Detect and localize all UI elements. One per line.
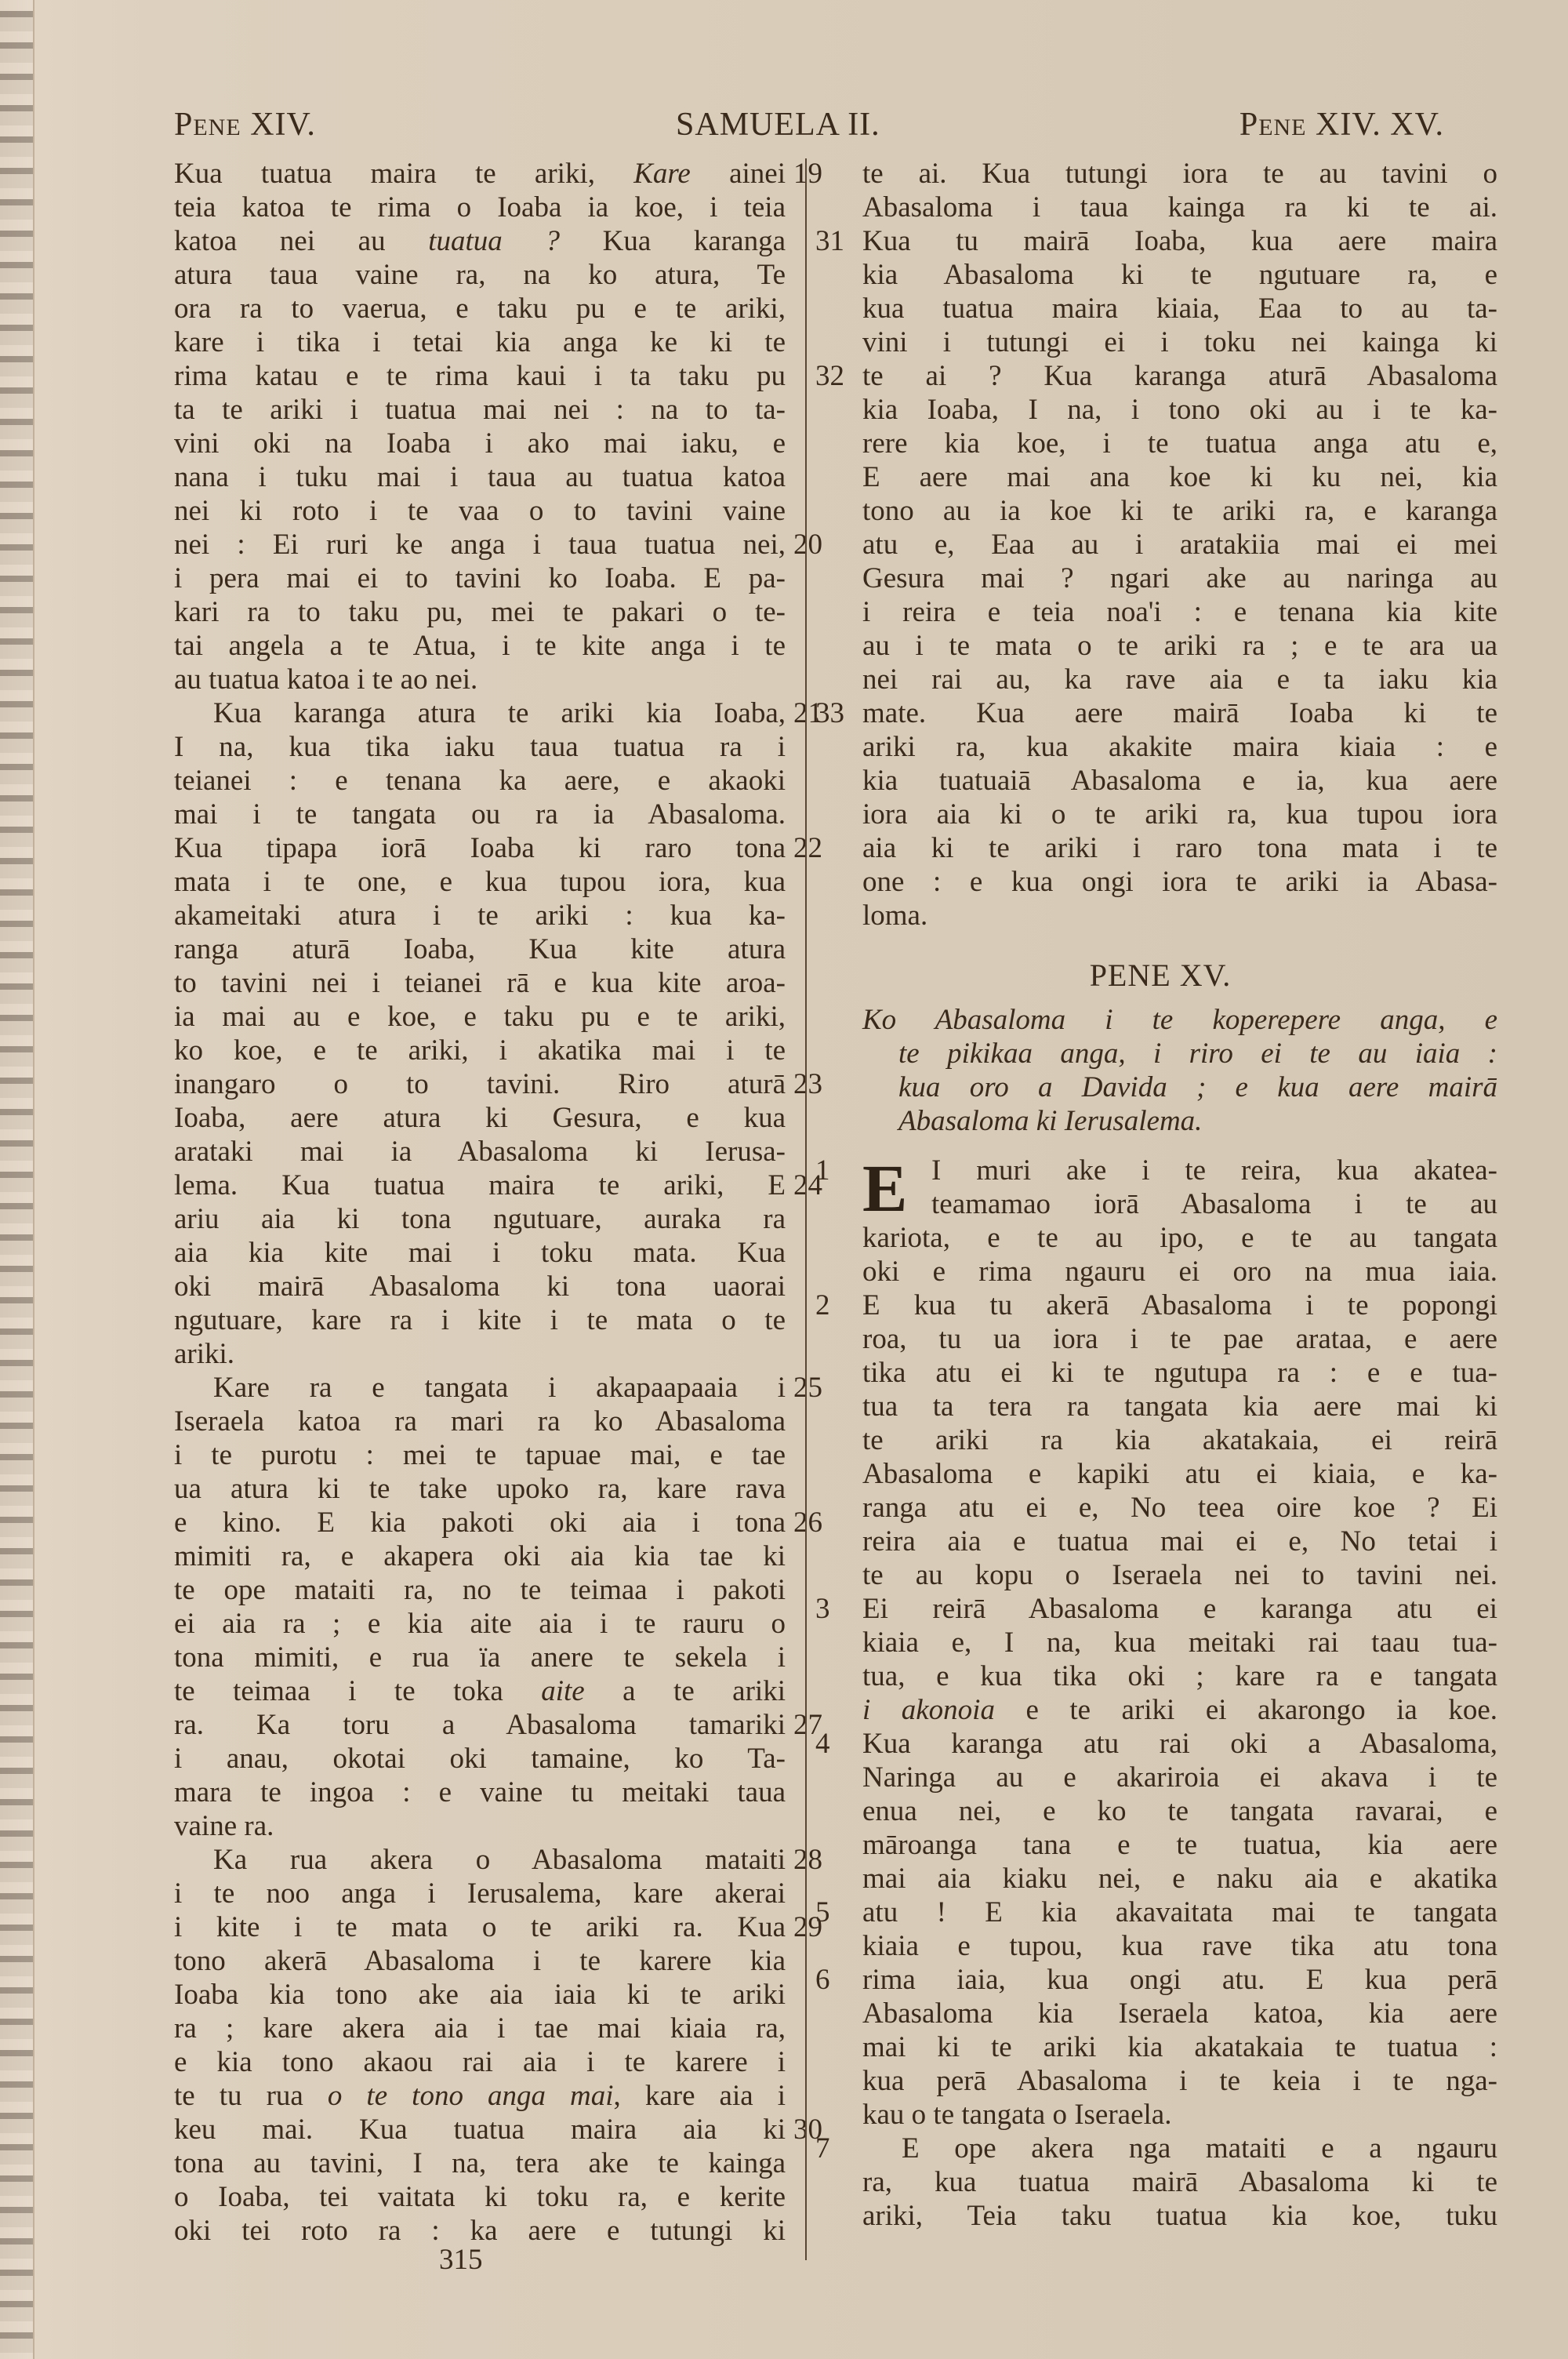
text-line: vini oki na Ioaba i ako mai iaku, e: [174, 427, 786, 460]
text-line: kare i tika i tetai kia anga ke ki te: [174, 325, 786, 359]
line-text: kia Ioaba, I na, i tono oki au i te ka-: [862, 394, 1497, 426]
line-text: keu mai. Kua tuatua maira aia ki: [174, 2114, 786, 2146]
text-line: one : e kua ongi iora te ariki ia Abasa-: [862, 865, 1497, 899]
line-text: kia Abasaloma ki te ngutuare ra, e: [862, 259, 1497, 291]
line-text: kia tuatuaiā Abasaloma e ia, kua aere: [862, 765, 1497, 797]
text-line: roa, tu ua iora i te pae arataa, e aere: [862, 1322, 1497, 1356]
text-line: Gesura mai ? ngari ake au naringa au: [862, 562, 1497, 595]
line-text: vini i tutungi ei i toku nei kainga ki: [862, 326, 1497, 358]
line-text: Ioaba kia tono ake aia iaia ki te ariki: [174, 1979, 786, 2011]
line-text: E ope akera nga mataiti e a ngauru: [902, 2132, 1497, 2165]
text-line: kariota, e te au ipo, e te au tangata: [862, 1221, 1497, 1255]
text-line: tai angela a te Atua, i te kite anga i t…: [174, 629, 786, 663]
line-text: ariu aia ki tona ngutuare, auraka ra: [174, 1203, 786, 1235]
text-line: Ka rua akera o Abasaloma mataiti28: [174, 1843, 786, 1877]
line-text: I na, kua tika iaku taua tuatua ra i: [174, 731, 786, 763]
text-line: te teimaa i te toka aite a te ariki: [174, 1674, 786, 1708]
line-text: Abasaloma ki Ierusalema.: [898, 1105, 1202, 1137]
line-text: ra. Ka toru a Abasaloma tamariki: [174, 1709, 786, 1741]
italic-supplied-words: tuatua ?: [428, 225, 560, 257]
right-text-column: te ai. Kua tutungi iora te au tavini oAb…: [815, 157, 1458, 2233]
line-text: atura taua vaine ra, na ko atura, Te: [174, 259, 786, 291]
line-text: rere kia koe, i te tuatua anga atu e,: [862, 427, 1497, 460]
line-text: Abasaloma kia Iseraela katoa, kia aere: [862, 1997, 1497, 2030]
line-text: nei : Ei ruri ke anga i taua tuatua nei,: [174, 529, 786, 561]
text-line: katoa nei au tuatua ? Kua karanga: [174, 224, 786, 258]
italic-supplied-words: Kare: [633, 158, 691, 190]
line-text: ko koe, e te ariki, i akatika mai i te: [174, 1034, 786, 1067]
text-line: ariu aia ki tona ngutuare, auraka ra: [174, 1202, 786, 1236]
text-line: te ariki ra kia akatakaia, ei reirā: [862, 1423, 1497, 1457]
line-text: Naringa au e akariroia ei akava i te: [862, 1761, 1497, 1794]
line-text: kiaia e, I na, kua meitaki rai taau tua-: [862, 1627, 1497, 1659]
line-text: mai i te tangata ou ra ia Abasaloma.: [174, 798, 786, 831]
verse-number: 4: [815, 1727, 830, 1761]
italic-supplied-words: aite: [541, 1675, 584, 1707]
text-line: ra ; kare akera aia i tae mai kiaia ra,: [174, 2012, 786, 2045]
running-head-book-title: SAMUELA II.: [676, 106, 880, 144]
text-line: Kua karanga atu rai oki a Abasaloma,4: [862, 1727, 1497, 1761]
text-line: I muri ake i te reira, kua akatea-1: [862, 1154, 1497, 1187]
verse-number: 2: [815, 1289, 830, 1322]
line-text: Kua tipapa iorā Ioaba ki raro tona: [174, 832, 786, 864]
text-line: Abasaloma kia Iseraela katoa, kia aere: [862, 1997, 1497, 2030]
text-line: kau o te tangata o Iseraela.: [862, 2098, 1497, 2132]
line-text: vaine ra.: [174, 1810, 274, 1842]
line-text: tua ta tera ra tangata kia aere mai ki: [862, 1390, 1497, 1423]
chapter-heading: PENE XV.: [862, 948, 1458, 1003]
line-text: kari ra to taku pu, mei te pakari o te-: [174, 596, 786, 628]
chapter-summary: Ko Abasaloma i te koperepere anga, ete p…: [815, 1003, 1458, 1138]
text-line: enua nei, e ko te tangata ravarai, e: [862, 1794, 1497, 1828]
line-text: oki e rima ngauru ei oro na mua iaia.: [862, 1256, 1497, 1288]
text-line: e kino. E kia pakoti oki aia i tona26: [174, 1506, 786, 1539]
line-text: E kua tu akerā Abasaloma i te popongi: [862, 1289, 1497, 1321]
line-text: nei rai au, ka rave aia e ta iaku kia: [862, 663, 1497, 696]
line-text: vini oki na Ioaba i ako mai iaku, e: [174, 427, 786, 460]
text-line: rima katau e te rima kaui i ta taku pu: [174, 359, 786, 393]
line-text: atu ! E kia akavaitata mai te tangata: [862, 1896, 1497, 1928]
line-text: te ai ? Kua karanga aturā Abasaloma: [862, 360, 1497, 392]
italic-supplied-words: o te tono anga mai: [328, 2080, 614, 2112]
line-text: roa, tu ua iora i te pae arataa, e aere: [862, 1323, 1497, 1355]
text-line: aia kia kite mai i toku mata. Kua: [174, 1236, 786, 1270]
text-line: nei rai au, ka rave aia e ta iaku kia: [862, 663, 1497, 696]
line-text: Kua tuatua maira te ariki,: [174, 158, 633, 190]
line-text: o Ioaba, tei vaitata ki toku ra, e kerit…: [174, 2181, 786, 2213]
line-text: kiaia e tupou, kua rave tika atu tona: [862, 1930, 1497, 1962]
line-text: one : e kua ongi iora te ariki ia Abasa-: [862, 866, 1497, 898]
line-text: Ka rua akera o Abasaloma mataiti: [213, 1844, 786, 1876]
line-text: mai aia kiaku nei, e naku aia e akatika: [862, 1863, 1497, 1895]
text-line: i pera mai ei to tavini ko Ioaba. E pa-: [174, 562, 786, 595]
verse-number: 1: [815, 1154, 830, 1187]
line-text: mata i te one, e kua tupou iora, kua: [174, 866, 786, 898]
text-line: I na, kua tika iaku taua tuatua ra i: [174, 730, 786, 764]
line-text: ariki ra, kua akakite maira kiaia : e: [862, 731, 1497, 763]
verse-number: 32: [815, 359, 844, 393]
line-text: e kino. E kia pakoti oki aia i tona: [174, 1507, 786, 1539]
line-text: tona au tavini, I na, tera ake te kainga: [174, 2147, 786, 2179]
text-line: Kua tipapa iorā Ioaba ki raro tona22: [174, 831, 786, 865]
text-line: te au kopu o Iseraela nei to tavini nei.: [862, 1558, 1497, 1592]
text-line: rima iaia, kua ongi atu. E kua perā6: [862, 1963, 1497, 1997]
text-line: te tu rua o te tono anga mai, kare aia i: [174, 2079, 786, 2113]
line-text: ariki, Teia taku tuatua kia koe, tuku: [862, 2200, 1497, 2232]
text-line: rere kia koe, i te tuatua anga atu e,: [862, 427, 1497, 460]
line-text: te ai. Kua tutungi iora te au tavini o: [862, 158, 1497, 190]
text-line: te pikikaa anga, i riro ei te au iaia :: [862, 1037, 1497, 1070]
line-text: i anau, okotai oki tamaine, ko Ta-: [174, 1743, 786, 1775]
text-line: E kua tu akerā Abasaloma i te popongi2: [862, 1289, 1497, 1322]
text-line: au i te mata o te ariki ra ; e te ara ua: [862, 629, 1497, 663]
text-line: kia tuatuaiā Abasaloma e ia, kua aere: [862, 764, 1497, 798]
line-text: i pera mai ei to tavini ko Ioaba. E pa-: [174, 562, 786, 594]
text-line: E ope akera nga mataiti e a ngauru7: [862, 2132, 1497, 2165]
line-text: te au kopu o Iseraela nei to tavini nei.: [862, 1559, 1497, 1591]
text-line: ua atura ki te take upoko ra, kare rava: [174, 1472, 786, 1506]
text-line: ra. Ka toru a Abasaloma tamariki27: [174, 1708, 786, 1742]
line-text: tono akerā Abasaloma i te karere kia: [174, 1945, 786, 1977]
text-line: mate. Kua aere mairā Ioaba ki te33: [862, 696, 1497, 730]
line-text: kua oro a Davida ; e kua aere mairā: [898, 1071, 1497, 1103]
chapter-body: EI muri ake i te reira, kua akatea-1team…: [815, 1154, 1458, 2233]
text-line: teianei : e tenana ka aere, e akaoki: [174, 764, 786, 798]
text-line: nei ki roto i te vaa o to tavini vaine: [174, 494, 786, 528]
line-text: Kare ra e tangata i akapaapaaia i: [213, 1372, 786, 1404]
line-text: Ei reirā Abasaloma e karanga atu ei: [862, 1593, 1497, 1625]
text-line: nei : Ei ruri ke anga i taua tuatua nei,…: [174, 528, 786, 562]
line-text: mimiti ra, e akapera oki aia kia tae ki: [174, 1540, 786, 1572]
line-text: ra, kua tuatua mairā Abasaloma ki te: [862, 2166, 1497, 2198]
text-line: mai i te tangata ou ra ia Abasaloma.: [174, 798, 786, 831]
text-line: Abasaloma ki Ierusalema.: [862, 1104, 1497, 1138]
text-line: kia Ioaba, I na, i tono oki au i te ka-: [862, 393, 1497, 427]
page-number: 315: [439, 2243, 483, 2277]
text-line: i kite i te mata o te ariki ra. Kua29: [174, 1910, 786, 1944]
line-text: ranga aturā Ioaba, Kua kite atura: [174, 933, 786, 965]
line-text-continued: e te ariki ei akarongo ia koe.: [995, 1694, 1497, 1726]
line-text: oki mairā Abasaloma ki tona uaorai: [174, 1270, 786, 1303]
line-text: Kua karanga atu rai oki a Abasaloma,: [862, 1728, 1497, 1760]
text-line: ei aia ra ; e kia aite aia i te rauru o: [174, 1607, 786, 1641]
text-line: keu mai. Kua tuatua maira aia ki30: [174, 2113, 786, 2146]
line-text: māroanga tana e te tuatua, kia aere: [862, 1829, 1497, 1861]
line-text: to tavini nei i teianei rā e kua kite ar…: [174, 967, 786, 999]
line-text: kau o te tangata o Iseraela.: [862, 2099, 1171, 2131]
text-line: au tuatua katoa i te ao nei.: [174, 663, 786, 696]
line-text: loma.: [862, 900, 927, 932]
text-line: mara te ingoa : e vaine tu meitaki taua: [174, 1776, 786, 1809]
text-line: Kua karanga atura te ariki kia Ioaba,21: [174, 696, 786, 730]
text-line: ariki ra, kua akakite maira kiaia : e: [862, 730, 1497, 764]
text-line: ranga aturā Ioaba, Kua kite atura: [174, 932, 786, 966]
line-text: ia mai au e koe, e taku pu e te ariki,: [174, 1001, 786, 1033]
text-line: kua perā Abasaloma i te keia i te nga-: [862, 2064, 1497, 2098]
line-text: tua, e kua tika oki ; kare ra e tangata: [862, 1660, 1497, 1692]
text-line: lema. Kua tuatua maira te ariki, E24: [174, 1169, 786, 1202]
line-text: te tu rua: [174, 2080, 328, 2112]
text-line: i te purotu : mei te tapuae mai, e tae: [174, 1438, 786, 1472]
line-text: enua nei, e ko te tangata ravarai, e: [862, 1795, 1497, 1827]
text-line: tono au ia koe ki te ariki ra, e karanga: [862, 494, 1497, 528]
adjacent-page-edge: [0, 0, 34, 2359]
text-line: aia ki te ariki i raro tona mata i te: [862, 831, 1497, 865]
line-text: Abasaloma e kapiki atu ei kiaia, e ka-: [862, 1458, 1497, 1490]
text-line: ranga atu ei e, No teea oire koe ? Ei: [862, 1491, 1497, 1525]
line-text-continued: ainei: [691, 158, 786, 190]
text-line: te ai ? Kua karanga aturā Abasaloma32: [862, 359, 1497, 393]
text-line: tua ta tera ra tangata kia aere mai ki: [862, 1390, 1497, 1423]
text-line: Ko Abasaloma i te koperepere anga, e: [862, 1003, 1497, 1037]
text-line: ta te ariki i tuatua mai nei : na to ta-: [174, 393, 786, 427]
text-line: inangaro o to tavini. Riro aturā23: [174, 1067, 786, 1101]
line-text: Gesura mai ? ngari ake au naringa au: [862, 562, 1497, 594]
text-line: Ei reirā Abasaloma e karanga atu ei3: [862, 1592, 1497, 1626]
text-line: i anau, okotai oki tamaine, ko Ta-: [174, 1742, 786, 1776]
text-line: tono akerā Abasaloma i te karere kia: [174, 1944, 786, 1978]
text-line: i te noo anga i Ierusalema, kare akerai: [174, 1877, 786, 1910]
text-line: Ioaba kia tono ake aia iaia ki te ariki: [174, 1978, 786, 2012]
running-head-left: PENE XIV.: [174, 106, 316, 144]
text-line: mai ki te ariki kia akatakaia te tuatua …: [862, 2030, 1497, 2064]
text-line: tua, e kua tika oki ; kare ra e tangata: [862, 1659, 1497, 1693]
line-text-continued: , kare aia i: [614, 2080, 786, 2112]
text-line: ariki.: [174, 1337, 786, 1371]
text-line: atu e, Eaa au i aratakiia mai ei mei: [862, 528, 1497, 562]
line-text: i te purotu : mei te tapuae mai, e tae: [174, 1439, 786, 1471]
text-line: te ai. Kua tutungi iora te au tavini o: [862, 157, 1497, 191]
text-line: ko koe, e te ariki, i akatika mai i te: [174, 1034, 786, 1067]
line-text: Ko Abasaloma i te koperepere anga, e: [862, 1004, 1497, 1036]
line-text: i te noo anga i Ierusalema, kare akerai: [174, 1877, 786, 1910]
book-page: PENE XIV. SAMUELA II. PENE XIV. XV. Kua …: [0, 0, 1568, 2359]
text-line: teamamao iorā Abasaloma i te au: [862, 1187, 1497, 1221]
text-line: tona mimiti, e rua ïa anere te sekela i: [174, 1641, 786, 1674]
verse-number: 5: [815, 1896, 830, 1929]
line-text: au tuatua katoa i te ao nei.: [174, 663, 477, 696]
line-text: teamamao iorā Abasaloma i te au: [931, 1188, 1497, 1220]
line-text: Kua karanga atura te ariki kia Ioaba,: [213, 697, 786, 729]
text-line: kiaia e, I na, kua meitaki rai taau tua-: [862, 1626, 1497, 1659]
line-text: kare i tika i tetai kia anga ke ki te: [174, 326, 786, 358]
line-text: kariota, e te au ipo, e te au tangata: [862, 1222, 1497, 1254]
line-text: aia kia kite mai i toku mata. Kua: [174, 1237, 786, 1269]
text-line: e kia tono akaou rai aia i te karere i: [174, 2045, 786, 2079]
text-line: Kua tuatua maira te ariki, Kare ainei19: [174, 157, 786, 191]
text-line: oki e rima ngauru ei oro na mua iaia.: [862, 1255, 1497, 1289]
text-line: vaine ra.: [174, 1809, 786, 1843]
line-text: i reira e teia noa'i : e tenana kia kite: [862, 596, 1497, 628]
line-text: ranga atu ei e, No teea oire koe ? Ei: [862, 1492, 1497, 1524]
line-text: oki tei roto ra : ka aere e tutungi ki: [174, 2215, 786, 2247]
text-line: mimiti ra, e akapera oki aia kia tae ki: [174, 1539, 786, 1573]
text-line: Ioaba, aere atura ki Gesura, e kua: [174, 1101, 786, 1135]
text-line: ngutuare, kare ra i kite i te mata o te: [174, 1303, 786, 1337]
left-text-column: Kua tuatua maira te ariki, Kare ainei19t…: [174, 157, 786, 2248]
line-text: kua tuatua maira kiaia, Eaa to au ta-: [862, 293, 1497, 325]
text-line: ra, kua tuatua mairā Abasaloma ki te: [862, 2165, 1497, 2199]
text-line: i reira e teia noa'i : e tenana kia kite: [862, 595, 1497, 629]
text-line: mai aia kiaku nei, e naku aia e akatika: [862, 1862, 1497, 1896]
verse-number: 3: [815, 1592, 830, 1626]
text-line: teia katoa te rima o Ioaba ia koe, i tei…: [174, 191, 786, 224]
line-text: au i te mata o te ariki ra ; e te ara ua: [862, 630, 1497, 662]
line-text: ra ; kare akera aia i tae mai kiaia ra,: [174, 2012, 786, 2045]
running-head-right: PENE XIV. XV.: [1240, 106, 1444, 144]
text-line: Abasaloma e kapiki atu ei kiaia, e ka-: [862, 1457, 1497, 1491]
text-line: iora aia ki o te ariki ra, kua tupou ior…: [862, 798, 1497, 831]
verse-number: 6: [815, 1963, 830, 1997]
text-line: Kare ra e tangata i akapaapaaia i25: [174, 1371, 786, 1405]
line-text: lema. Kua tuatua maira te ariki, E: [174, 1169, 786, 1201]
text-line: akameitaki atura i te ariki : kua ka-: [174, 899, 786, 932]
line-text: e kia tono akaou rai aia i te karere i: [174, 2046, 786, 2078]
line-text: I muri ake i te reira, kua akatea-: [931, 1154, 1497, 1187]
line-text: ariki.: [174, 1338, 234, 1370]
text-line: kua tuatua maira kiaia, Eaa to au ta-: [862, 292, 1497, 325]
verse-number: 7: [815, 2132, 830, 2165]
text-line: reira aia e tuatua mai ei e, No tetai i: [862, 1525, 1497, 1558]
line-text: tono au ia koe ki te ariki ra, e karanga: [862, 495, 1497, 527]
line-text: Ioaba, aere atura ki Gesura, e kua: [174, 1102, 786, 1134]
text-line: arataki mai ia Abasaloma ki Ierusa-: [174, 1135, 786, 1169]
text-line: vini i tutungi ei i toku nei kainga ki: [862, 325, 1497, 359]
line-text: kua perā Abasaloma i te keia i te nga-: [862, 2065, 1497, 2097]
text-line: ora ra to vaerua, e taku pu e te ariki,: [174, 292, 786, 325]
line-text: reira aia e tuatua mai ei e, No tetai i: [862, 1525, 1497, 1558]
text-line: Abasaloma i taua kainga ra ki te ai.: [862, 191, 1497, 224]
text-line: atura taua vaine ra, na ko atura, Te: [174, 258, 786, 292]
line-text: mate. Kua aere mairā Ioaba ki te: [862, 697, 1497, 729]
line-text: teia katoa te rima o Ioaba ia koe, i tei…: [174, 191, 786, 224]
text-line: ia mai au e koe, e taku pu e te ariki,: [174, 1000, 786, 1034]
line-text: ngutuare, kare ra i kite i te mata o te: [174, 1304, 786, 1336]
text-line: loma.: [862, 899, 1497, 932]
text-line: E aere mai ana koe ki ku nei, kia: [862, 460, 1497, 494]
line-text-continued: a te ariki: [585, 1675, 786, 1707]
text-line: i akonoia e te ariki ei akarongo ia koe.: [862, 1693, 1497, 1727]
line-text: te pikikaa anga, i riro ei te au iaia :: [898, 1038, 1497, 1070]
verse-number: 33: [815, 696, 844, 730]
text-line: atu ! E kia akavaitata mai te tangata5: [862, 1896, 1497, 1929]
text-line: ariki, Teia taku tuatua kia koe, tuku: [862, 2199, 1497, 2233]
line-text: Abasaloma i taua kainga ra ki te ai.: [862, 191, 1497, 224]
line-text: inangaro o to tavini. Riro aturā: [174, 1068, 786, 1100]
line-text: teianei : e tenana ka aere, e akaoki: [174, 765, 786, 797]
verse-number: 31: [815, 224, 844, 258]
line-text: te ariki ra kia akatakaia, ei reirā: [862, 1424, 1497, 1456]
text-line: nana i tuku mai i taua au tuatua katoa: [174, 460, 786, 494]
line-text: Iseraela katoa ra mari ra ko Abasaloma: [174, 1405, 786, 1438]
line-text: tona mimiti, e rua ïa anere te sekela i: [174, 1641, 786, 1674]
text-line: oki mairā Abasaloma ki tona uaorai: [174, 1270, 786, 1303]
line-text: ta te ariki i tuatua mai nei : na to ta-: [174, 394, 786, 426]
text-line: te ope mataiti ra, no te teimaa i pakoti: [174, 1573, 786, 1607]
line-text: akameitaki atura i te ariki : kua ka-: [174, 900, 786, 932]
line-text: tika atu ei ki te ngutupa ra : e e tua-: [862, 1357, 1497, 1389]
text-line: o Ioaba, tei vaitata ki toku ra, e kerit…: [174, 2180, 786, 2214]
line-text: ua atura ki te take upoko ra, kare rava: [174, 1473, 786, 1505]
line-text: te teimaa i te toka: [174, 1675, 541, 1707]
line-text: katoa nei au: [174, 225, 428, 257]
line-text: ora ra to vaerua, e taku pu e te ariki,: [174, 293, 786, 325]
text-line: Naringa au e akariroia ei akava i te: [862, 1761, 1497, 1794]
text-line: tika atu ei ki te ngutupa ra : e e tua-: [862, 1356, 1497, 1390]
text-line: kari ra to taku pu, mei te pakari o te-: [174, 595, 786, 629]
text-line: kia Abasaloma ki te ngutuare ra, e: [862, 258, 1497, 292]
line-text-continued: Kua karanga: [560, 225, 786, 257]
running-head: PENE XIV. SAMUELA II. PENE XIV. XV.: [174, 106, 1444, 153]
text-line: kua oro a Davida ; e kua aere mairā: [862, 1070, 1497, 1104]
text-line: to tavini nei i teianei rā e kua kite ar…: [174, 966, 786, 1000]
line-text: i kite i te mata o te ariki ra. Kua: [174, 1911, 786, 1943]
line-text: E aere mai ana koe ki ku nei, kia: [862, 461, 1497, 493]
line-text: iora aia ki o te ariki ra, kua tupou ior…: [862, 798, 1497, 831]
line-text: te ope mataiti ra, no te teimaa i pakoti: [174, 1574, 786, 1606]
text-line: Iseraela katoa ra mari ra ko Abasaloma: [174, 1405, 786, 1438]
italic-supplied-words: i akonoia: [862, 1694, 995, 1726]
line-text: aia ki te ariki i raro tona mata i te: [862, 832, 1497, 864]
line-text: nana i tuku mai i taua au tuatua katoa: [174, 461, 786, 493]
line-text: mara te ingoa : e vaine tu meitaki taua: [174, 1776, 786, 1808]
line-text: rima katau e te rima kaui i ta taku pu: [174, 360, 786, 392]
line-text: ei aia ra ; e kia aite aia i te rauru o: [174, 1608, 786, 1640]
text-line: māroanga tana e te tuatua, kia aere: [862, 1828, 1497, 1862]
line-text: tai angela a te Atua, i te kite anga i t…: [174, 630, 786, 662]
line-text: arataki mai ia Abasaloma ki Ierusa-: [174, 1136, 786, 1168]
text-line: kiaia e tupou, kua rave tika atu tona: [862, 1929, 1497, 1963]
line-text: atu e, Eaa au i aratakiia mai ei mei: [862, 529, 1497, 561]
text-line: mata i te one, e kua tupou iora, kua: [174, 865, 786, 899]
line-text: mai ki te ariki kia akatakaia te tuatua …: [862, 2031, 1497, 2063]
text-line: tona au tavini, I na, tera ake te kainga: [174, 2146, 786, 2180]
column-divider-rule: [805, 158, 807, 2260]
line-text: rima iaia, kua ongi atu. E kua perā: [862, 1964, 1497, 1996]
line-text: nei ki roto i te vaa o to tavini vaine: [174, 495, 786, 527]
text-line: Kua tu mairā Ioaba, kua aere maira31: [862, 224, 1497, 258]
line-text: Kua tu mairā Ioaba, kua aere maira: [862, 225, 1497, 257]
